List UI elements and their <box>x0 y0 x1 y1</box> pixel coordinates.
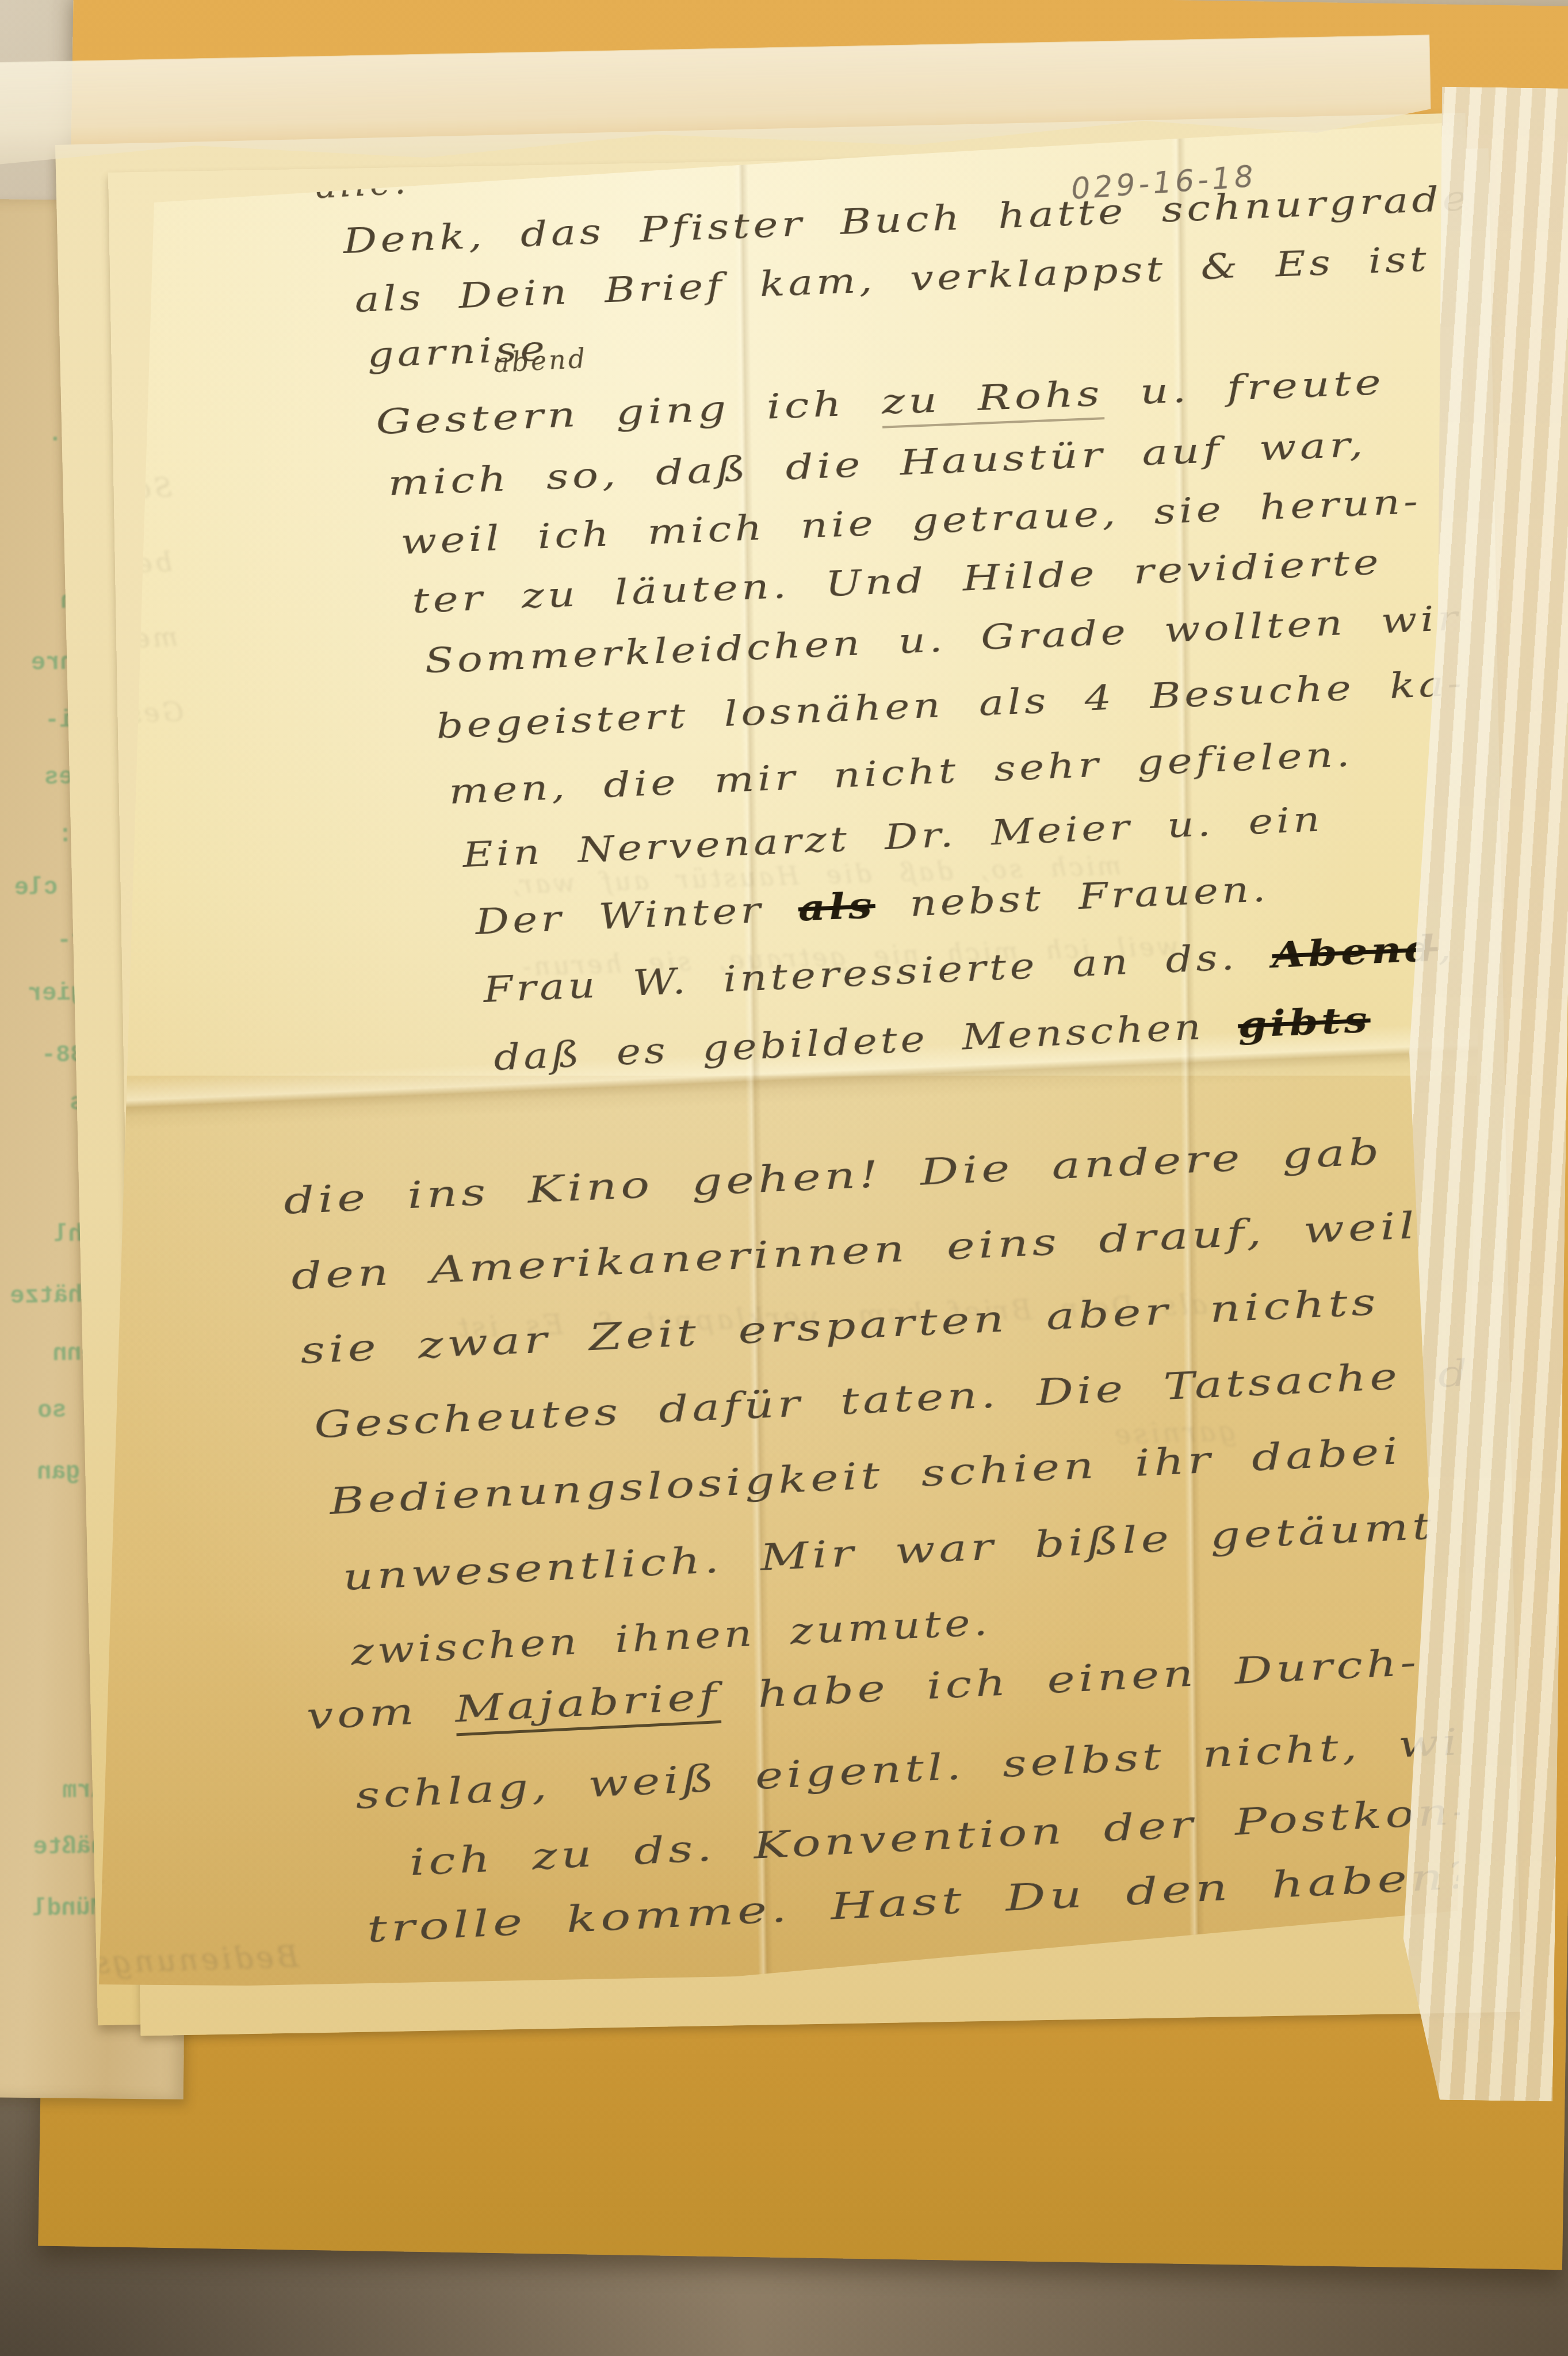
archive-photo-scene: ltet.utendenr ihreavoi-tonesihm:mb, cleg… <box>0 0 1568 2356</box>
letter-line: begeistert losnähen als 4 Besuche ka- <box>435 663 1466 747</box>
letter-line: men, die mir nicht sehr gefielen. <box>448 734 1354 812</box>
letter-line: garnise <box>366 328 549 376</box>
carbon-type-fragment: Mündl <box>32 1894 105 1923</box>
ghost-line: garnise <box>1111 1415 1237 1451</box>
